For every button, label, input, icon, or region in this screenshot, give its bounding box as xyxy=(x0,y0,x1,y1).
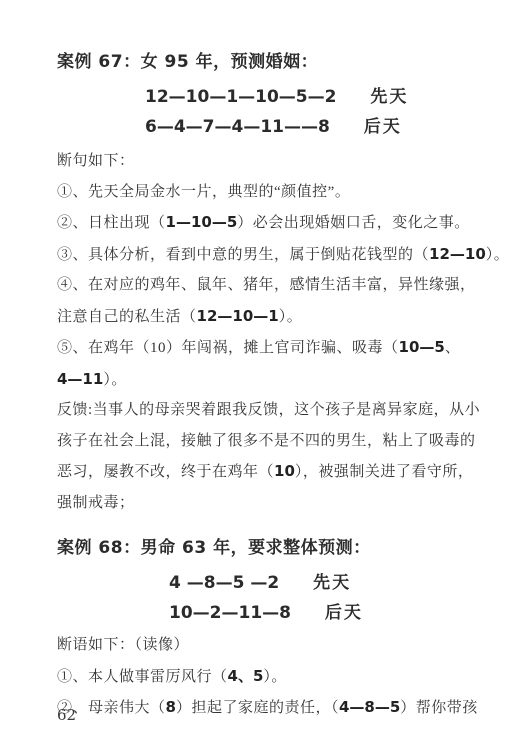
number-sequence-inline: 10—5 xyxy=(399,338,445,356)
text-segment: ）帮你带孩 xyxy=(400,700,478,716)
case67-acquired-sequence-label: 后天 xyxy=(364,117,402,137)
text-segment: 反馈:当事人的母亲哭着跟我反馈，这个孩子是离异家庭，从小 xyxy=(57,402,480,418)
text-segment: ①、先天全局金水一片，典型的“颜值控”。 xyxy=(57,184,350,200)
case67-feedback-line-2: 孩子在社会上混，接触了很多不是不四的男生，粘上了吸毒的 xyxy=(57,426,494,457)
case67-section: 案例 67：女 95 年，预测婚姻： 12—10—1—10—5—2 先天 6—4… xyxy=(57,50,494,518)
text-segment: ）。 xyxy=(486,247,510,263)
case67-feedback-line-4: 强制戒毒； xyxy=(57,488,494,519)
case68-acquired-sequence-label: 后天 xyxy=(325,603,363,623)
case68-point-1: ①、本人做事雷厉风行（4、5）。 xyxy=(57,661,494,693)
text-segment: 孩子在社会上混，接触了很多不是不四的男生，粘上了吸毒的 xyxy=(57,433,476,449)
text-segment: ）。 xyxy=(103,372,127,388)
case68-point-2: ②、母亲伟大（8）担起了家庭的责任，（4—8—5）帮你带孩 xyxy=(57,692,494,724)
case67-feedback-line-3: 恶习，屡教不改，终于在鸡年（10），被强制关进了看守所， xyxy=(57,456,494,488)
text-segment: ）。 xyxy=(263,669,287,685)
number-sequence-inline: 12—10—1 xyxy=(197,307,279,325)
case67-innate-sequence-numbers: 12—10—1—10—5—2 xyxy=(145,87,336,107)
case68-innate-sequence-line: 4 —8—5 —2 先天 xyxy=(57,568,494,598)
number-sequence-inline: 1—10—5 xyxy=(166,213,238,231)
case68-acquired-sequence-numbers: 10—2—11—8 xyxy=(169,603,291,623)
case67-innate-sequence-label: 先天 xyxy=(370,87,408,107)
case67-point-5-wrap: 4—11）。 xyxy=(57,364,494,396)
text-segment: ①、本人做事雷厉风行（ xyxy=(57,669,228,685)
document-page: 案例 67：女 95 年，预测婚姻： 12—10—1—10—5—2 先天 6—4… xyxy=(0,0,522,743)
case67-point-5: ⑤、在鸡年（10）年闯祸，摊上官司诈骗、吸毒（10—5、 xyxy=(57,332,494,364)
case67-innate-sequence-line: 12—10—1—10—5—2 先天 xyxy=(57,82,494,112)
number-sequence-inline: 8 xyxy=(166,698,176,716)
number-sequence-inline: 10 xyxy=(274,462,295,480)
text-segment: 恶习，屡教不改，终于在鸡年（ xyxy=(57,464,274,480)
text-segment: 、 xyxy=(445,340,461,356)
case68-innate-sequence-numbers: 4 —8—5 —2 xyxy=(169,573,279,593)
case67-point-2: ②、日柱出现（1—10—5）必会出现婚姻口舌，变化之事。 xyxy=(57,207,494,239)
case67-point-4-wrap: 注意自己的私生活（12—10—1）。 xyxy=(57,301,494,333)
case67-feedback-line-1: 反馈:当事人的母亲哭着跟我反馈，这个孩子是离异家庭，从小 xyxy=(57,395,494,426)
case67-point-3: ③、具体分析，看到中意的男生，属于倒贴花钱型的（12—10）。 xyxy=(57,239,494,271)
text-segment: ④、在对应的鸡年、鼠年、猪年，感情生活丰富，异性缘强， xyxy=(57,277,476,293)
case67-acquired-sequence-numbers: 6—4—7—4—11——8 xyxy=(145,117,330,137)
text-segment: 强制戒毒； xyxy=(57,495,135,511)
case68-innate-sequence-label: 先天 xyxy=(313,573,351,593)
text-segment: ②、日柱出现（ xyxy=(57,215,166,231)
case67-title: 案例 67：女 95 年，预测婚姻： xyxy=(57,50,494,74)
text-segment: ③、具体分析，看到中意的男生，属于倒贴花钱型的（ xyxy=(57,247,429,263)
case67-point-4: ④、在对应的鸡年、鼠年、猪年，感情生活丰富，异性缘强， xyxy=(57,270,494,301)
text-segment: ）必会出现婚姻口舌，变化之事。 xyxy=(237,215,470,231)
text-segment: ）。 xyxy=(279,309,303,325)
case67-point-1: ①、先天全局金水一片，典型的“颜值控”。 xyxy=(57,177,494,208)
case68-intro: 断语如下：（读像） xyxy=(57,630,494,661)
text-segment: ⑤、在鸡年（10）年闯祸，摊上官司诈骗、吸毒（ xyxy=(57,340,399,356)
text-segment: ），被强制关进了看守所， xyxy=(295,464,474,480)
number-sequence-inline: 4、5 xyxy=(228,667,264,685)
page-number: 62 xyxy=(57,706,76,724)
text-segment: 注意自己的私生活（ xyxy=(57,309,197,325)
case68-section: 案例 68：男命 63 年，要求整体预测： 4 —8—5 —2 先天 10—2—… xyxy=(57,536,494,724)
number-sequence-inline: 4—8—5 xyxy=(339,698,400,716)
number-sequence-inline: 12—10 xyxy=(429,245,486,263)
number-sequence-inline: 4—11 xyxy=(57,370,103,388)
case67-intro: 断句如下： xyxy=(57,146,494,177)
text-segment: ）担起了家庭的责任，（ xyxy=(176,700,339,716)
document-content: 案例 67：女 95 年，预测婚姻： 12—10—1—10—5—2 先天 6—4… xyxy=(0,0,522,724)
case68-title: 案例 68：男命 63 年，要求整体预测： xyxy=(57,536,494,560)
case68-acquired-sequence-line: 10—2—11—8 后天 xyxy=(57,598,494,628)
case67-acquired-sequence-line: 6—4—7—4—11——8 后天 xyxy=(57,112,494,142)
